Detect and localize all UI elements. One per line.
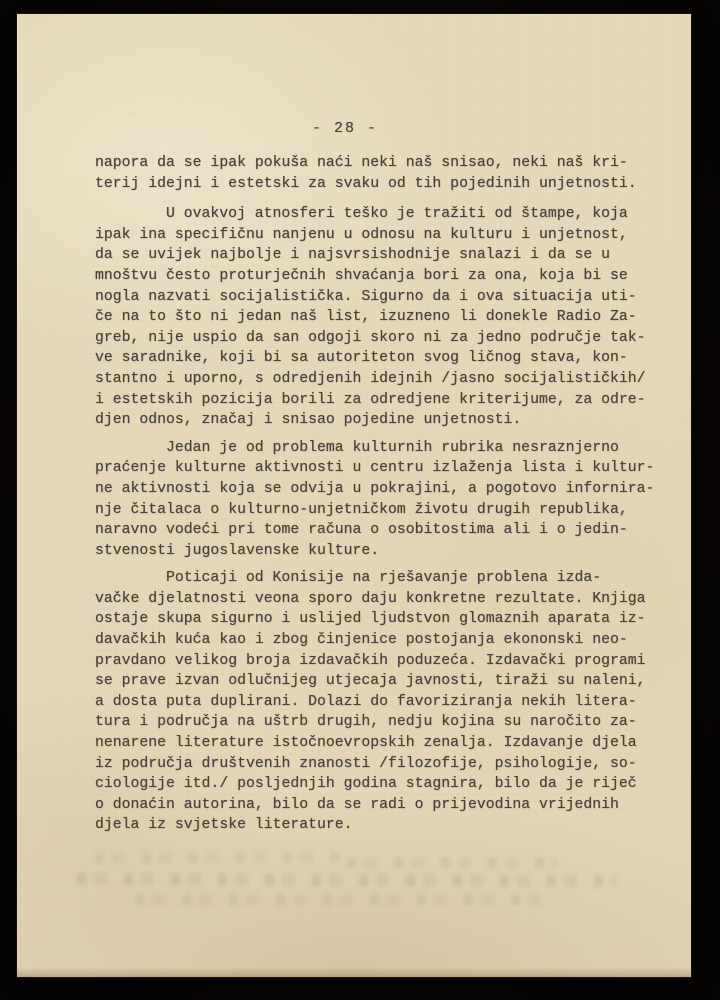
- text-line: djela iz svjetske literature.: [95, 815, 673, 836]
- text-line: nje čitalaca o kulturno-unjetničkom živo…: [95, 500, 673, 521]
- text-line: terij idejni i estetski za svaku od tih …: [95, 174, 673, 195]
- text-line: ostaje skupa sigurno i uslijed ljudstvon…: [95, 609, 673, 630]
- text-line: o donaćin autorina, bilo da se radi o pr…: [95, 795, 673, 816]
- text-line: davačkih kuća kao i zbog činjenice posto…: [95, 630, 673, 651]
- scan-backdrop: - 28 - napora da se ipak pokuša naći nek…: [0, 0, 720, 1000]
- text-line: ciologije itd./ posljednjih godina stagn…: [95, 774, 673, 795]
- text-line: iz područja društvenih znanosti /filozof…: [95, 754, 673, 775]
- text-line: stantno i uporno, s odredjenih idejnih /…: [95, 369, 673, 390]
- text-line: tura i područja na uštrb drugih, nedju k…: [95, 712, 673, 733]
- text-line: pravdano velikog broja izdavačkih poduze…: [95, 651, 673, 672]
- paragraph-3: Jedan je od problema kulturnih rubrika n…: [95, 438, 673, 562]
- text-line: djen odnos, značaj i snisao pojedine unj…: [95, 410, 673, 431]
- text-line: a dosta puta duplirani. Dolazi do favori…: [95, 692, 673, 713]
- bleed-through-smudge: [77, 873, 617, 887]
- text-line: nogla nazvati socijalistička. Sigurno da…: [95, 287, 673, 308]
- document-page: - 28 - napora da se ipak pokuša naći nek…: [17, 14, 691, 977]
- text-line: i estetskih pozicija borili za odredjene…: [95, 390, 673, 411]
- text-line: vačke djelatnosti veona sporo daju konkr…: [95, 589, 673, 610]
- text-line: Poticaji od Konisije na rješavanje probl…: [95, 568, 673, 589]
- text-line: se prave izvan odlučnijeg utjecaja javno…: [95, 671, 673, 692]
- bleed-through-smudge: [347, 858, 557, 868]
- page-body: napora da se ipak pokuša naći neki naš s…: [95, 153, 673, 843]
- text-line: napora da se ipak pokuša naći neki naš s…: [95, 153, 673, 174]
- bleed-through-smudge: [135, 894, 555, 905]
- text-line: ve saradnike, koji bi sa autoriteton svo…: [95, 348, 673, 369]
- text-line: naravno vodeći pri tome računa o osobito…: [95, 520, 673, 541]
- text-line: greb, nije uspio da san odgoji skoro ni …: [95, 328, 673, 349]
- paragraph-4: Poticaji od Konisije na rješavanje probl…: [95, 568, 673, 836]
- text-line: nenarene literature istočnoevropskih zen…: [95, 733, 673, 754]
- text-line: mnoštvu često proturječnih shvaćanja bor…: [95, 266, 673, 287]
- text-line: Jedan je od problema kulturnih rubrika n…: [95, 438, 673, 459]
- text-line: ipak ina specifičnu nanjenu u odnosu na …: [95, 225, 673, 246]
- page-number: - 28 -: [8, 120, 682, 137]
- text-line: stvenosti jugoslavenske kulture.: [95, 541, 673, 562]
- text-line: U ovakvoj atnosferi teško je tražiti od …: [95, 204, 673, 225]
- paragraph-1: napora da se ipak pokuša naći neki naš s…: [95, 153, 673, 194]
- text-line: praćenje kulturne aktivnosti u centru iz…: [95, 458, 673, 479]
- text-line: ne aktivnosti koja se odvija u pokrajini…: [95, 479, 673, 500]
- text-line: da se uvijek najbolje i najsvrsishodnije…: [95, 245, 673, 266]
- bleed-through-smudge: [95, 851, 345, 864]
- text-line: če na to što ni jedan naš list, izuzneno…: [95, 307, 673, 328]
- paragraph-2: U ovakvoj atnosferi teško je tražiti od …: [95, 204, 673, 431]
